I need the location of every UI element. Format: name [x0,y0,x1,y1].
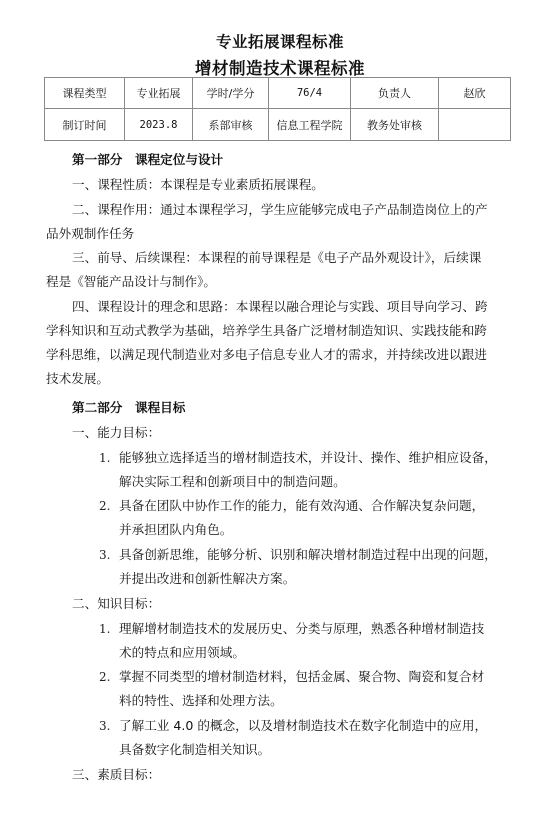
list-item-line: 并提出改进和创新性解决方案。 [119,571,295,587]
list-number: 3. [99,547,110,563]
list-item-line: 理解增材制造技术的发展历史、分类与原理，熟悉各种增材制造技 [119,621,484,637]
list-item-line: 并承担团队内角色。 [119,522,232,538]
list-number: 3. [99,718,110,734]
subsection-label-knowledge: 二、知识目标： [72,596,160,612]
value-dept-review: 信息工程学院 [269,109,351,141]
paragraph-line: 四、课程设计的理念和思路：本课程以融合理论与实践、项目导向学习、跨 [72,299,488,315]
value-course-type: 专业拓展 [125,78,193,109]
label-academic-review: 教务处审核 [351,109,439,141]
list-item-line: 具备创新思维，能够分析、识别和解决增材制造过程中出现的问题， [119,547,497,563]
list-item-line: 术的特点和应用领域。 [119,645,245,661]
label-hours-credits: 学时/学分 [193,78,269,109]
value-hours-credits: 76/4 [269,78,351,109]
section-heading-part1: 第一部分 课程定位与设计 [72,152,223,168]
list-item-line: 能够独立选择适当的增材制造技术，并设计、操作、维护相应设备， [119,450,497,466]
paragraph-line: 品外观制作任务 [46,226,134,242]
list-item-line: 解决实际工程和创新项目中的制造问题。 [119,474,346,490]
list-item-line: 料的特性、选择和处理方法。 [119,693,283,709]
section-heading-part2: 第二部分 课程目标 [72,400,185,416]
table-row: 课程类型 专业拓展 学时/学分 76/4 负责人 赵欣 [45,78,511,109]
list-item-line: 掌握不同类型的增材制造材料，包括金属、聚合物、陶瓷和复合材 [119,669,484,685]
label-course-type: 课程类型 [45,78,125,109]
document-subtitle: 增材制造技术课程标准 [0,55,560,79]
value-date: 2023.8 [125,109,193,141]
list-item-line: 具备在团队中协作工作的能力，能有效沟通、合作解决复杂问题， [119,498,484,514]
document-title: 专业拓展课程标准 [0,30,560,52]
value-academic-review [439,109,511,141]
value-owner: 赵欣 [439,78,511,109]
list-item-line: 具备数字化制造相关知识。 [119,742,270,758]
list-item-line: 了解工业 4.0 的概念，以及增材制造技术在数字化制造中的应用， [119,718,487,734]
paragraph-line: 二、课程作用：通过本课程学习，学生应能够完成电子产品制造岗位上的产 [72,202,488,218]
subsection-label-quality: 三、素质目标： [72,767,160,783]
paragraph-line: 学科思维，以满足现代制造业对多电子信息专业人才的需求，并持续改进以跟进 [46,347,487,363]
paragraph-line: 学科知识和互动式教学为基础，培养学生具备广泛增材制造知识、实践技能和跨 [46,323,487,339]
paragraph-line: 技术发展。 [46,371,109,387]
list-number: 1. [99,621,110,637]
course-info-table: 课程类型 专业拓展 学时/学分 76/4 负责人 赵欣 制订时间 2023.8 … [44,77,511,141]
subsection-label-ability: 一、能力目标： [72,425,160,441]
list-number: 1. [99,450,110,466]
table-row: 制订时间 2023.8 系部审核 信息工程学院 教务处审核 [45,109,511,141]
label-dept-review: 系部审核 [193,109,269,141]
paragraph-line: 一、课程性质：本课程是专业素质拓展课程。 [72,177,324,193]
list-number: 2. [99,498,110,514]
paragraph-line: 程是《智能产品设计与制作》。 [46,274,216,290]
label-date: 制订时间 [45,109,125,141]
label-owner: 负责人 [351,78,439,109]
paragraph-line: 三、前导、后续课程：本课程的前导课程是《电子产品外观设计》，后续课 [72,250,481,266]
list-number: 2. [99,669,110,685]
document-page: 专业拓展课程标准 增材制造技术课程标准 课程类型 专业拓展 学时/学分 76/4… [0,0,560,836]
